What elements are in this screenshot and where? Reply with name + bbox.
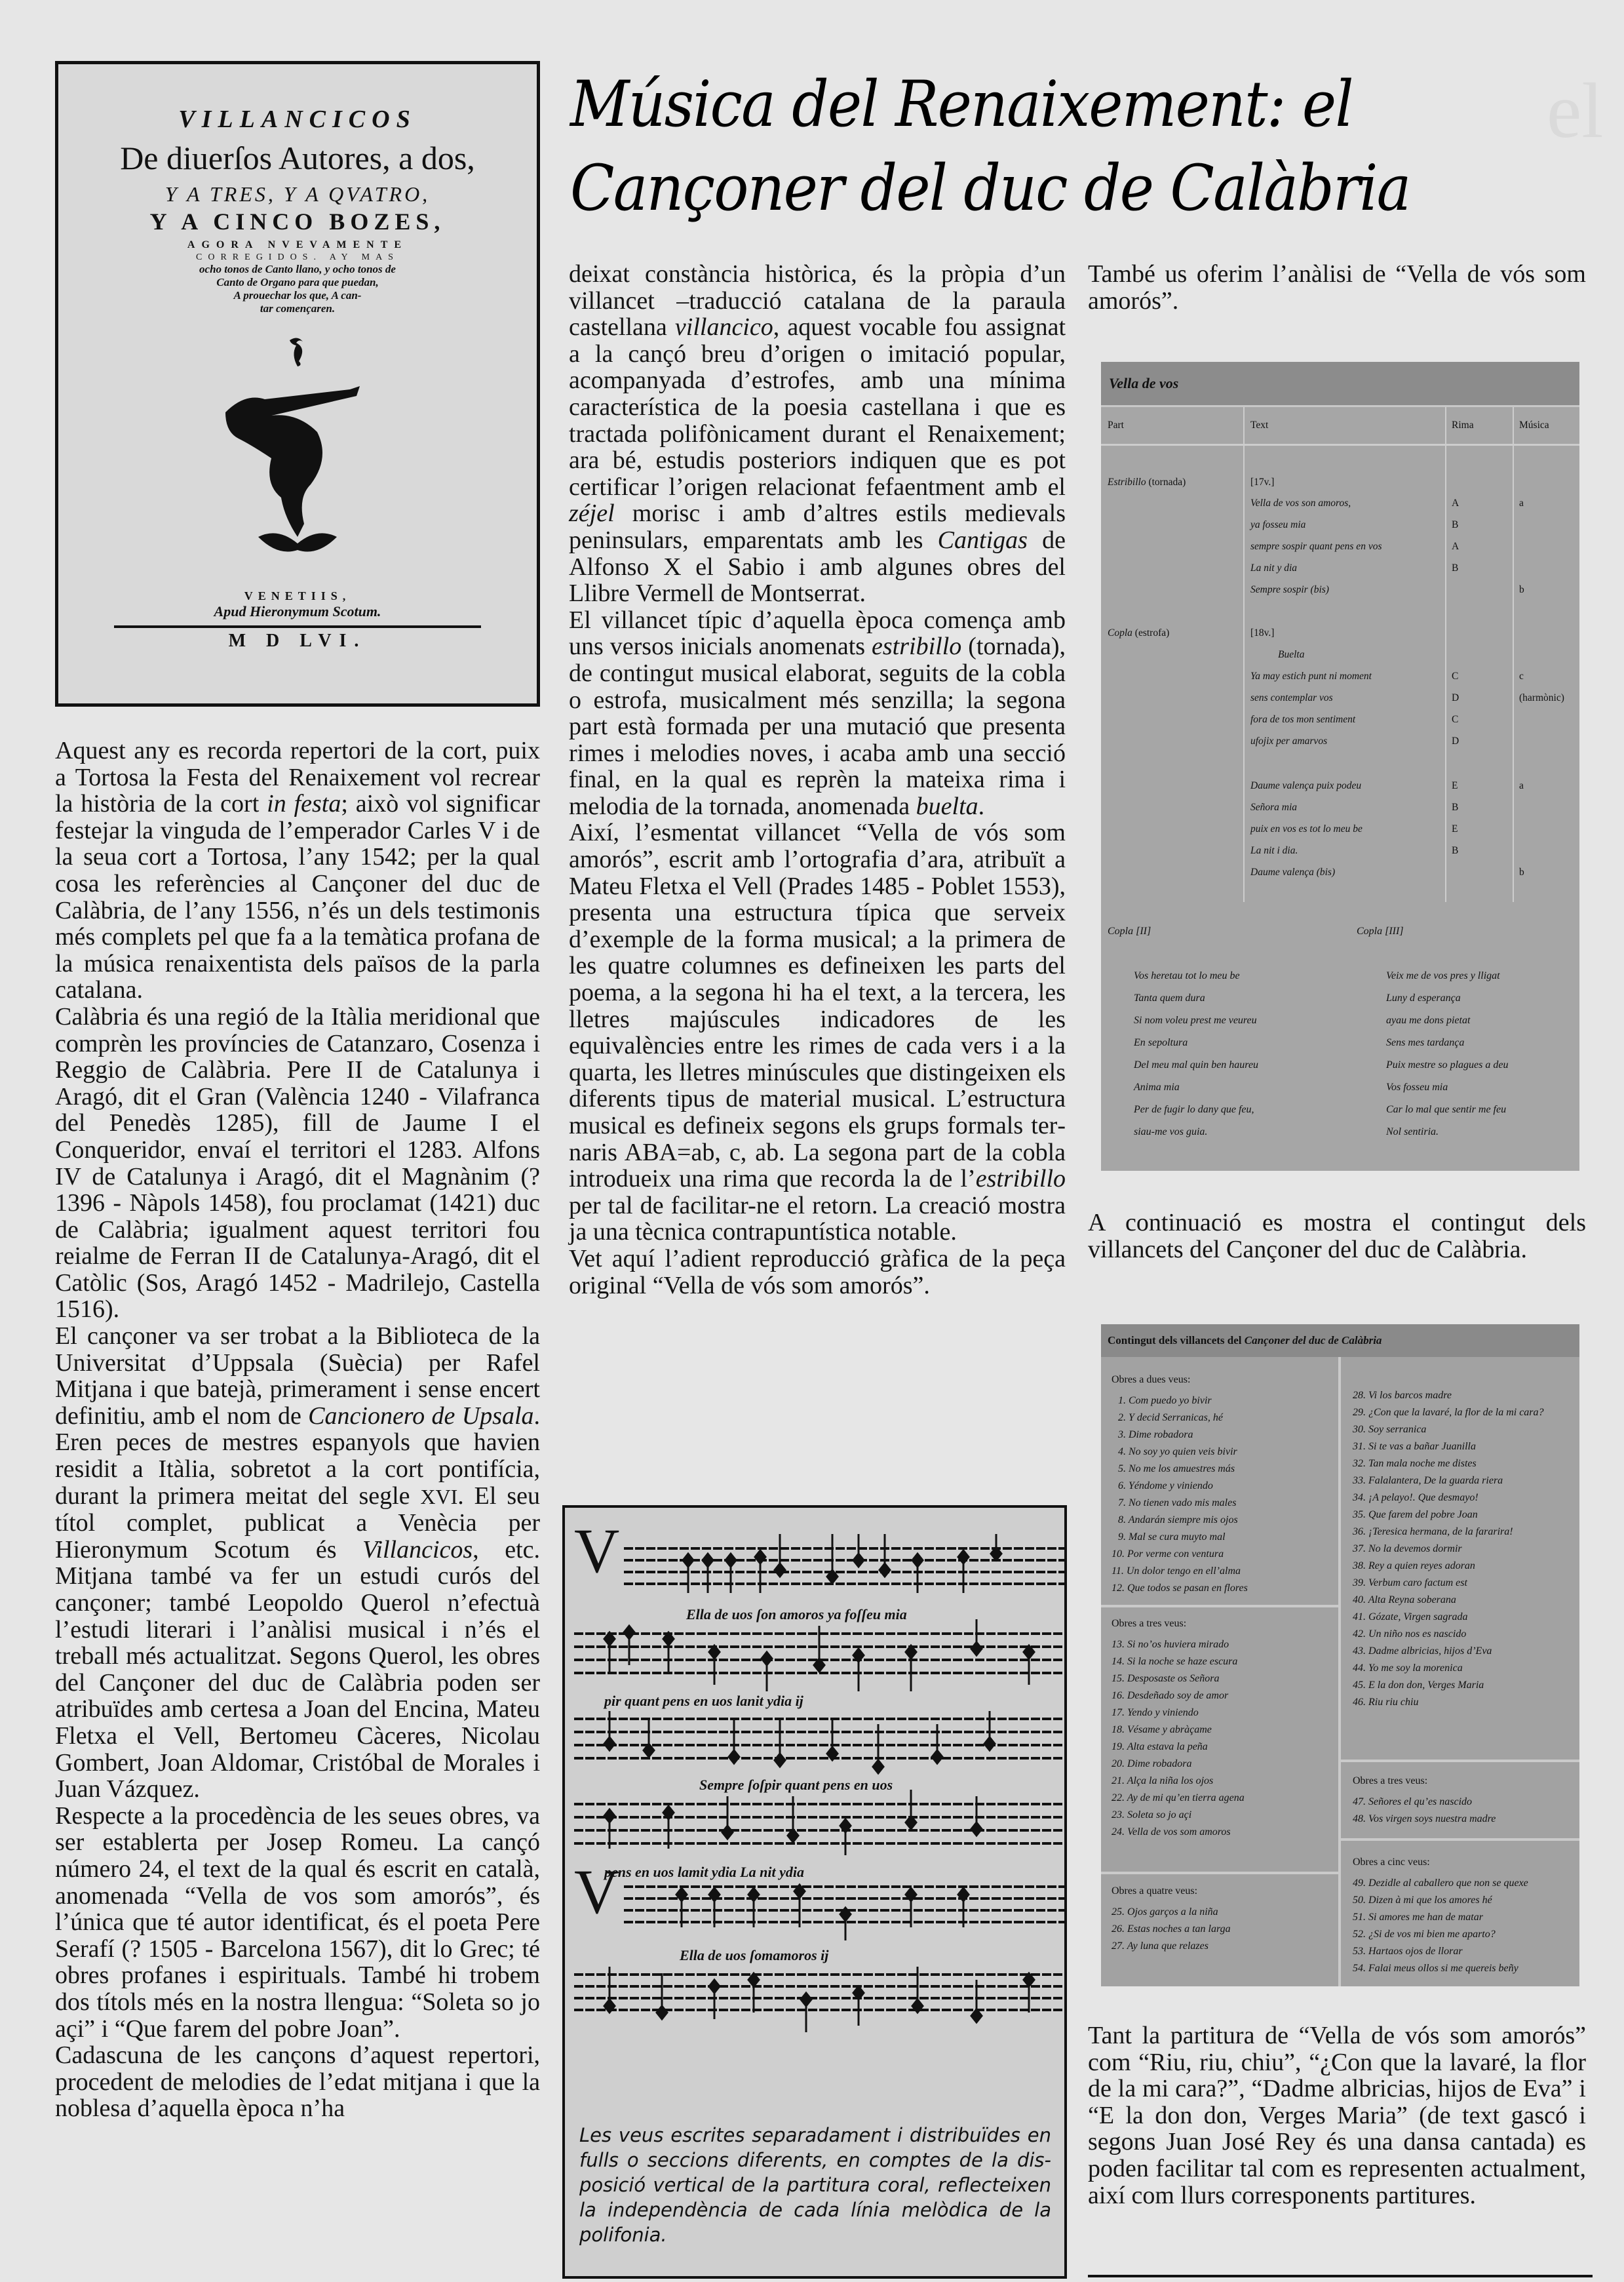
rima: B xyxy=(1452,514,1458,536)
column-header-part: Part xyxy=(1108,414,1124,437)
verse-line: Vos fosseu mia xyxy=(1386,1076,1508,1099)
part-label-rest: (estrofa) xyxy=(1132,627,1169,639)
verse-line: Puix mestre so plagues a deu xyxy=(1386,1054,1508,1076)
part-copla: Copla (estrofa) xyxy=(1108,622,1169,644)
group-quatre-veus: Obres a quatre veus: 25. Ojos garços a l… xyxy=(1112,1881,1231,1955)
lyric-line: pir quant pens en uos lanit ydia ij xyxy=(604,1693,803,1710)
song-item: 9. Mal se cura muyto mal xyxy=(1112,1529,1248,1546)
bleed-through-text: el xyxy=(1547,66,1604,156)
verse-line: siau-me vos guia. xyxy=(1134,1121,1258,1143)
song-item: 8. Andarán siempre mis ojos xyxy=(1112,1512,1248,1529)
coplas-panel: Copla [II] Copla [III] Vos heretau tot l… xyxy=(1101,902,1579,1171)
rima: D xyxy=(1452,730,1459,753)
ornament-icon xyxy=(284,335,311,368)
verse-text: fora de tos mon sentiment xyxy=(1250,709,1355,731)
rima: C xyxy=(1452,665,1458,688)
song-item: 30. Soy serranica xyxy=(1353,1421,1544,1438)
italic-run: zéjel xyxy=(569,500,615,527)
copla-2-verses: Vos heretau tot lo meu be Tanta quem dur… xyxy=(1134,965,1258,1143)
verse-text: La nit y dia xyxy=(1250,557,1297,580)
song-item: 43. Dadme albricias, hijos d’Eva xyxy=(1353,1643,1544,1660)
song-item: 17. Yendo y viniendo xyxy=(1112,1704,1245,1721)
italic-run: buelta xyxy=(916,793,978,820)
title-italic: Cançoner del duc de Calàbria xyxy=(1245,1334,1382,1347)
song-item: 38. Rey a quien reyes adoran xyxy=(1353,1558,1544,1575)
column-divider xyxy=(1243,407,1245,902)
verse-text: puix en vos es tot lo meu be xyxy=(1250,818,1363,840)
song-item: 50. Dizen à mi que los amores hé xyxy=(1353,1892,1528,1909)
cover-year: M D LVI. xyxy=(58,631,537,652)
rima: B xyxy=(1452,840,1458,862)
group-tres-veus-b: Obres a tres veus: 47. Señores el qu’es … xyxy=(1353,1771,1496,1828)
song-item: 14. Si la noche se haze escura xyxy=(1112,1653,1245,1670)
song-item: 27. Ay luna que relazes xyxy=(1112,1938,1231,1955)
cover-line-6: CORREGIDOS. AY MAS xyxy=(58,252,537,263)
song-item: 10. Por verme con ventura xyxy=(1112,1546,1248,1563)
verse-line: Car lo mal que sentir me feu xyxy=(1386,1099,1508,1121)
song-item: 16. Desdeñado soy de amor xyxy=(1112,1687,1245,1704)
song-item: 49. Dezidle al caballero que non se quex… xyxy=(1353,1875,1528,1892)
copla-3-verses: Veix me de vos pres y lligat Luny d espe… xyxy=(1386,965,1508,1143)
group-tres-veus-a: Obres a tres veus: 13. Si no’os huviera … xyxy=(1112,1614,1245,1841)
song-item: 33. Falalantera, De la guarda riera xyxy=(1353,1472,1544,1489)
column-header-musica: Música xyxy=(1519,414,1549,437)
group-label: Obres a cinc veus: xyxy=(1353,1853,1528,1872)
verse-text: Ya may estich punt ni moment xyxy=(1250,665,1372,688)
contingut-villancets-table: Contingut dels villancets del Cançoner d… xyxy=(1101,1324,1579,1986)
part-label-rest: (tornada) xyxy=(1146,477,1186,488)
cover-line-4: Y A CINCO BOZES, xyxy=(58,208,537,235)
column-3-intro: També us oferim l’anàlisi de “Vella de v… xyxy=(1088,261,1586,314)
folio-ref: [18v.] xyxy=(1250,622,1274,644)
group-label: Obres a tres veus: xyxy=(1353,1771,1496,1791)
lyric-line: Ella de uos ſon amoros ya foſſeu mia xyxy=(686,1606,907,1623)
verse-line: Luny d esperança xyxy=(1386,987,1508,1010)
song-item: 22. Ay de mi qu’en tierra agena xyxy=(1112,1790,1245,1807)
verse-text: Daume valença puix podeu xyxy=(1250,775,1361,797)
song-item: 23. Soleta so jo açi xyxy=(1112,1807,1245,1824)
song-item: 42. Un niño nos es nascido xyxy=(1353,1626,1544,1643)
paragraph: Tant la partitura de “Vella de vós som a… xyxy=(1088,2022,1586,2209)
group-label: Obres a tres veus: xyxy=(1112,1614,1245,1634)
song-item: 34. ¡A pelayo!. Que desmayo! xyxy=(1353,1489,1544,1506)
song-item: 28. Vi los barcos madre xyxy=(1353,1387,1544,1404)
italic-run: estribillo xyxy=(872,633,961,660)
paragraph: També us oferim l’anàlisi de “Vella de v… xyxy=(1088,261,1586,314)
paragraph: A continuació es mostra el contingut del… xyxy=(1088,1210,1586,1263)
rima: E xyxy=(1452,818,1458,840)
column-3-closing: Tant la partitura de “Vella de vós som a… xyxy=(1088,2022,1586,2209)
table-title: Contingut dels villancets del Cançoner d… xyxy=(1101,1324,1579,1357)
cover-line-9: A prouechar los que, A can- xyxy=(58,289,537,302)
verse-text: Vella de vos son amoros, xyxy=(1250,492,1351,515)
verse-text: ya fosseu mia xyxy=(1250,514,1305,536)
cover-printer: Apud Hieronymum Scotum. xyxy=(58,603,537,620)
rima: B xyxy=(1452,557,1458,580)
paragraph: deixat constància històrica, és la pròpi… xyxy=(569,261,1066,607)
verse-line: Del meu mal quin ben haureu xyxy=(1134,1054,1258,1076)
paragraph: Aquest any es recorda repertori de la co… xyxy=(55,738,540,1004)
paragraph: El cançoner va ser trobat a la Bibliotec… xyxy=(55,1323,540,1803)
initial-letter-1: V xyxy=(574,1514,619,1587)
italic-run: Cantigas xyxy=(938,526,1028,554)
rima: E xyxy=(1452,775,1458,797)
verse-line: Si nom voleu prest me veureu xyxy=(1134,1010,1258,1032)
musica: b xyxy=(1519,861,1524,884)
verse-line: Nol sentiria. xyxy=(1386,1121,1508,1143)
musica: a xyxy=(1519,775,1524,797)
song-item: 5. No me los amuestres más xyxy=(1112,1461,1248,1478)
song-item: 54. Falai meus ollos si me quereis beñy xyxy=(1353,1960,1528,1977)
verse-text: sens contemplar vos xyxy=(1250,687,1333,709)
column-header-rima: Rima xyxy=(1452,414,1474,437)
part-label-italic: Copla xyxy=(1108,627,1132,639)
song-item: 20. Dime robadora xyxy=(1112,1756,1245,1773)
song-item: 53. Hartaos ojos de llorar xyxy=(1353,1943,1528,1960)
figure-caption: Les veus escrites separadament i distrib… xyxy=(579,2123,1051,2247)
rima: B xyxy=(1452,797,1458,819)
italic-run: Cancionero de Upsala xyxy=(308,1402,533,1430)
song-item: 18. Vésame y abràçame xyxy=(1112,1721,1245,1739)
section-divider xyxy=(1101,1605,1338,1607)
cover-line-8: Canto de Organo para que puedan, xyxy=(58,276,537,289)
song-item: 1. Com puedo yo bivir xyxy=(1112,1392,1248,1409)
folio-ref: [17v.] xyxy=(1250,471,1274,494)
song-item: 35. Que farem del pobre Joan xyxy=(1353,1506,1544,1524)
group-dues-veus-continued: 28. Vi los barcos madre 29. ¿Con que la … xyxy=(1353,1387,1544,1711)
musica: c xyxy=(1519,665,1524,688)
song-item: 24. Vella de vos som amoros xyxy=(1112,1824,1245,1841)
song-item: 51. Si amores me han de matar xyxy=(1353,1909,1528,1926)
verse-line: Per de fugir lo dany que feu, xyxy=(1134,1099,1258,1121)
group-cinc-veus: Obres a cinc veus: 49. Dezidle al caball… xyxy=(1353,1853,1528,1977)
column-3-after-table: A continuació es mostra el contingut del… xyxy=(1088,1210,1586,1263)
paragraph: Cadascuna de les cançons d’aquest reper­… xyxy=(55,2042,540,2122)
song-item: 15. Desposaste os Señora xyxy=(1112,1670,1245,1687)
verse-line: Vos heretau tot lo meu be xyxy=(1134,965,1258,987)
verse-text: ufojix per amarvos xyxy=(1250,730,1327,753)
song-item: 19. Alta estava la peña xyxy=(1112,1739,1245,1756)
column-divider xyxy=(1338,1357,1341,1986)
verse-line: En sepoltura xyxy=(1134,1032,1258,1054)
cover-line-5: AGORA NVEVAMENTE xyxy=(58,239,537,251)
verse-text: La nit i dia. xyxy=(1250,840,1298,862)
title-line-2: Cançoner del duc de Calàbria xyxy=(570,151,1410,225)
italic-run: estribillo xyxy=(976,1165,1066,1192)
song-item: 37. No la devemos dormir xyxy=(1353,1541,1544,1558)
group-dues-veus: Obres a dues veus: 1. Com puedo yo bivir… xyxy=(1112,1370,1248,1597)
song-item: 13. Si no’os huviera mirado xyxy=(1112,1636,1245,1653)
song-item: 6. Yéndome y viniendo xyxy=(1112,1478,1248,1495)
rima: A xyxy=(1452,536,1459,558)
buelta-subhead: Buelta xyxy=(1278,644,1304,666)
musica: a xyxy=(1519,492,1524,515)
column-divider xyxy=(1513,407,1514,902)
group-label: Obres a quatre veus: xyxy=(1112,1881,1231,1901)
verse-line: Tanta quem dura xyxy=(1134,987,1258,1010)
verse-text: sempre sospir quant pens en vos xyxy=(1250,536,1382,558)
lyric-line: Sempre ſoſpir quant pens en uos xyxy=(699,1777,893,1794)
song-item: 46. Riu riu chiu xyxy=(1353,1694,1544,1711)
song-item: 29. ¿Con que la lavaré, la flor de la mi… xyxy=(1353,1404,1544,1421)
verse-text: Daume valença (bis) xyxy=(1250,861,1335,884)
cover-line-7: ocho tonos de Canto llano, y ocho tonos … xyxy=(58,263,537,276)
song-item: 39. Verbum caro factum est xyxy=(1353,1575,1544,1592)
title-plain: Contingut dels villancets del xyxy=(1108,1334,1245,1347)
group-label: Obres a dues veus: xyxy=(1112,1370,1248,1390)
text-run: , aquest vocable fou assignat a la cançó… xyxy=(569,313,1066,501)
song-item: 4. No soy yo quien veis bivir xyxy=(1112,1444,1248,1461)
song-item: 26. Estas noches a tan larga xyxy=(1112,1921,1231,1938)
text-run: per tal de facilitar-ne el retorn. La cr… xyxy=(569,1192,1066,1246)
copla-2-label: Copla [II] xyxy=(1108,920,1151,943)
italic-run: in festa xyxy=(267,790,341,817)
song-item: 48. Vos virgen soys nuestra madre xyxy=(1353,1811,1496,1828)
text-run: . xyxy=(978,793,985,820)
song-item: 25. Ojos garços a la niña xyxy=(1112,1904,1231,1921)
part-estribillo: Estribillo (tornada) xyxy=(1108,471,1186,494)
vella-de-vos-table: Vella de vos Part Text Rima Música Estri… xyxy=(1101,362,1579,902)
column-divider xyxy=(1445,407,1446,902)
trumpeting-angel-icon xyxy=(219,386,376,563)
paragraph: Així, l’esmentat villancet “Vella de vós… xyxy=(569,819,1066,1246)
cover-line-3: Y A TRES, Y A QVATRO, xyxy=(58,182,537,207)
score-figure: V V Ella de uos ſon amoros ya foſſeu mia… xyxy=(562,1505,1067,2279)
column-1-text: Aquest any es recorda repertori de la co… xyxy=(55,738,540,2122)
song-item: 3. Dime robadora xyxy=(1112,1426,1248,1444)
paragraph: Vet aquí l’adient reproducció gràfica de… xyxy=(569,1246,1066,1299)
paragraph: El villancet típic d’aquella època comen… xyxy=(569,607,1066,820)
song-item: 41. Gózate, Virgen sagrada xyxy=(1353,1609,1544,1626)
lyric-line: pens en uos lamit ydia La nit ydia xyxy=(604,1864,804,1881)
verse-line: ayau me dons pietat xyxy=(1386,1010,1508,1032)
rima: C xyxy=(1452,709,1458,731)
small-caps-run: XVI xyxy=(420,1485,457,1508)
text-run: Així, l’esmentat villancet “Vella de vós… xyxy=(569,819,1066,1192)
song-item: 12. Que todos se pasan en flores xyxy=(1112,1580,1248,1597)
lyric-line: Ella de uos ſomamoros ij xyxy=(680,1947,828,1964)
verse-line: Sens mes tardança xyxy=(1386,1032,1508,1054)
column-header-text: Text xyxy=(1250,414,1268,437)
cover-line-2: De diuerſos Autores, a dos, xyxy=(58,139,537,177)
column-2-text: deixat constància històrica, és la pròpi… xyxy=(569,261,1066,1299)
article-title: Música del Renaixement: el Cançoner del … xyxy=(570,62,1517,230)
song-item: 32. Tan mala noche me distes xyxy=(1353,1455,1544,1472)
copla-3-label: Copla [III] xyxy=(1357,920,1404,943)
musica: b xyxy=(1519,579,1524,601)
verse-text: Señora mia xyxy=(1250,797,1297,819)
italic-run: Villancicos xyxy=(362,1536,473,1564)
rima: A xyxy=(1452,492,1459,515)
cover-place: VENETIIS, xyxy=(58,589,537,603)
musica: (harmònic) xyxy=(1519,687,1564,709)
cover-line-10: tar començaren. xyxy=(58,302,537,315)
header-divider xyxy=(1101,444,1579,446)
text-run: (tornada), de contingut musical elaborat… xyxy=(569,633,1066,820)
verse-line: Veix me de vos pres y lligat xyxy=(1386,965,1508,987)
book-cover-image: VILLANCICOS De diuerſos Autores, a dos, … xyxy=(55,61,540,707)
song-item: 44. Yo me soy la morenica xyxy=(1353,1660,1544,1677)
cover-line-1: VILLANCICOS xyxy=(58,105,537,134)
song-item: 21. Alça la niña los ojos xyxy=(1112,1773,1245,1790)
song-item: 40. Alta Reyna soberana xyxy=(1353,1592,1544,1609)
paragraph: Calàbria és una regió de la Itàlia merid… xyxy=(55,1004,540,1323)
song-item: 2. Y decid Serranicas, hé xyxy=(1112,1409,1248,1426)
rima: D xyxy=(1452,687,1459,709)
section-divider xyxy=(1341,1760,1579,1762)
verse-text: Sempre sospir (bis) xyxy=(1250,579,1329,601)
title-line-1: Música del Renaixement: el xyxy=(570,68,1353,141)
song-item: 11. Un dolor tengo en ell’alma xyxy=(1112,1563,1248,1580)
paragraph: Respecte a la procedència de les seues o… xyxy=(55,1803,540,2042)
italic-run: villancico xyxy=(675,313,773,341)
part-label-italic: Estribillo xyxy=(1108,477,1146,488)
song-item: 31. Si te vas a bañar Juanilla xyxy=(1353,1438,1544,1455)
text-run: ; això vol significar festejar la vingud… xyxy=(55,790,540,1004)
song-item: 47. Señores el qu’es nascido xyxy=(1353,1794,1496,1811)
table-title: Vella de vos xyxy=(1101,362,1579,407)
song-item: 36. ¡Teresica hermana, de la fararira! xyxy=(1353,1524,1544,1541)
text-run: , etc. Mitjana també va fer un estudi cu… xyxy=(55,1536,540,1803)
section-divider xyxy=(1341,1838,1579,1841)
song-item: 45. E la don don, Verges Maria xyxy=(1353,1677,1544,1694)
cover-rule xyxy=(114,625,481,628)
verse-line: Anima mia xyxy=(1134,1076,1258,1099)
song-item: 7. No tienen vado mis males xyxy=(1112,1495,1248,1512)
section-divider xyxy=(1101,1872,1338,1874)
song-item: 52. ¿Si de vos mi bien me aparto? xyxy=(1353,1926,1528,1943)
bottom-rule xyxy=(1088,2275,1593,2277)
